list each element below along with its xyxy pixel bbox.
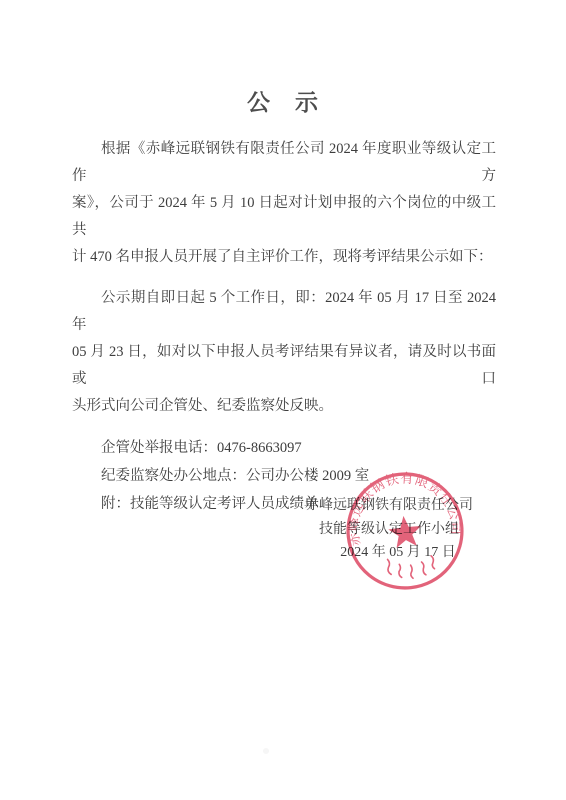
document-page: 公 示 根据《赤峰远联钢铁有限责任公司 2024 年度职业等级认定工作方 案》，… [0,0,566,800]
text-line: 公示期自即日起 5 个工作日，即：2024 年 05 月 17 日至 2024 … [72,285,496,339]
signature-date: 2024 年 05 月 17 日 [309,541,487,565]
paragraph: 公示期自即日起 5 个工作日，即：2024 年 05 月 17 日至 2024 … [72,285,496,420]
text-line: 头形式向公司企管处、纪委监察处反映。 [72,393,496,420]
text-line: 计 470 名申报人员开展了自主评价工作，现将考评结果公示如下： [72,244,496,271]
text-line: 案》，公司于 2024 年 5 月 10 日起对计划申报的六个岗位的中级工共 [72,190,496,244]
text-line: 05 月 23 日，如对以下申报人员考评结果有异议者，请及时以书面或口 [72,339,496,393]
signature-company: 赤峰远联钢铁有限责任公司 [300,494,478,518]
signature-group: 技能等级认定工作小组 [300,518,478,542]
paragraph: 根据《赤峰远联钢铁有限责任公司 2024 年度职业等级认定工作方 案》，公司于 … [72,136,496,271]
office-line: 纪委监察处办公地点：公司办公楼 2009 室 [72,462,496,490]
page-title: 公 示 [0,84,566,117]
hotline-line: 企管处举报电话：0476-8663097 [72,434,496,462]
scan-artifact-dot [263,748,269,754]
text-line: 根据《赤峰远联钢铁有限责任公司 2024 年度职业等级认定工作方 [72,136,496,190]
signature-block: 赤峰远联钢铁有限责任公司 技能等级认定工作小组 2024 年 05 月 17 日 [300,494,478,565]
body-text: 根据《赤峰远联钢铁有限责任公司 2024 年度职业等级认定工作方 案》，公司于 … [72,136,496,518]
